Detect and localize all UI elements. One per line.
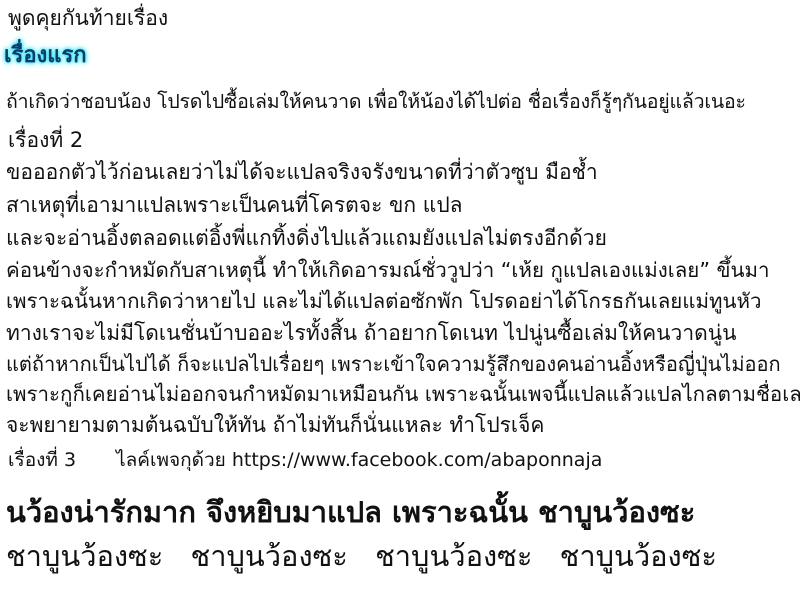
chapter1-heading: เรื่องแรก xyxy=(4,42,87,70)
like-page-text: ไลค์เพจกุด้วย xyxy=(116,449,226,471)
chapter2-line: สาเหตุที่เอามาแปลเพราะเป็นคนที่โครตจะ ขก… xyxy=(6,191,463,219)
chapter2-line: ขอออกตัวไว้ก่อนเลยว่าไม่ได้จะแปลจริงจรัง… xyxy=(6,158,598,186)
closing-line: นว้องน่ารักมาก จึงหยิบมาแปล เพราะฉนั้น ช… xyxy=(6,492,695,532)
chant-row: ชาบูนว้องซะ ชาบูนว้องซะ ชาบูนว้องซะ ชาบู… xyxy=(6,536,717,576)
chapter3-heading: เรื่องที่ 3 xyxy=(8,449,76,471)
chapter1-text: ถ้าเกิดว่าชอบน้อง โปรดไปซื้อเล่มให้คนวาด… xyxy=(6,88,746,116)
chant: ชาบูนว้องซะ xyxy=(191,539,348,573)
facebook-url: https://www.facebook.com/abaponnaja xyxy=(232,449,603,471)
chapter2-heading: เรื่องที่ 2 xyxy=(8,126,83,154)
chapter2-line: เพราะฉนั้นหากเกิดว่าหายไป และไม่ได้แปลต่… xyxy=(6,287,762,315)
page-title: พูดคุยกันท้ายเรื่อง xyxy=(8,4,168,32)
chapter2-line: แต่ถ้าหากเป็นไปได้ ก็จะแปลไปเรื่อยๆ เพรา… xyxy=(6,350,781,378)
chant: ชาบูนว้องซะ xyxy=(375,539,532,573)
chapter3-row: เรื่องที่ 3 ไลค์เพจกุด้วย https://www.fa… xyxy=(8,446,602,474)
chant: ชาบูนว้องซะ xyxy=(560,539,717,573)
chapter2-line: เพราะกูก็เคยอ่านไม่ออกจนกำหมัดมาเหมือนกั… xyxy=(6,380,800,408)
chapter2-line: ทางเราจะไม่มีโดเนชั่นบ้าบออะไรทั้งสิ้น ถ… xyxy=(6,319,736,347)
chapter2-line: ค่อนข้างจะกำหมัดกับสาเหตุนี้ ทำให้เกิดอา… xyxy=(6,256,770,284)
chapter2-line: และจะอ่านอิ้งตลอดแต่อิ้งพี่แกทิ้งดิ่งไปแ… xyxy=(6,224,607,252)
chant: ชาบูนว้องซะ xyxy=(6,539,163,573)
chapter2-line: จะพยายามตามต้นฉบับให้ทัน ถ้าไม่ทันก็นั่น… xyxy=(6,411,544,439)
